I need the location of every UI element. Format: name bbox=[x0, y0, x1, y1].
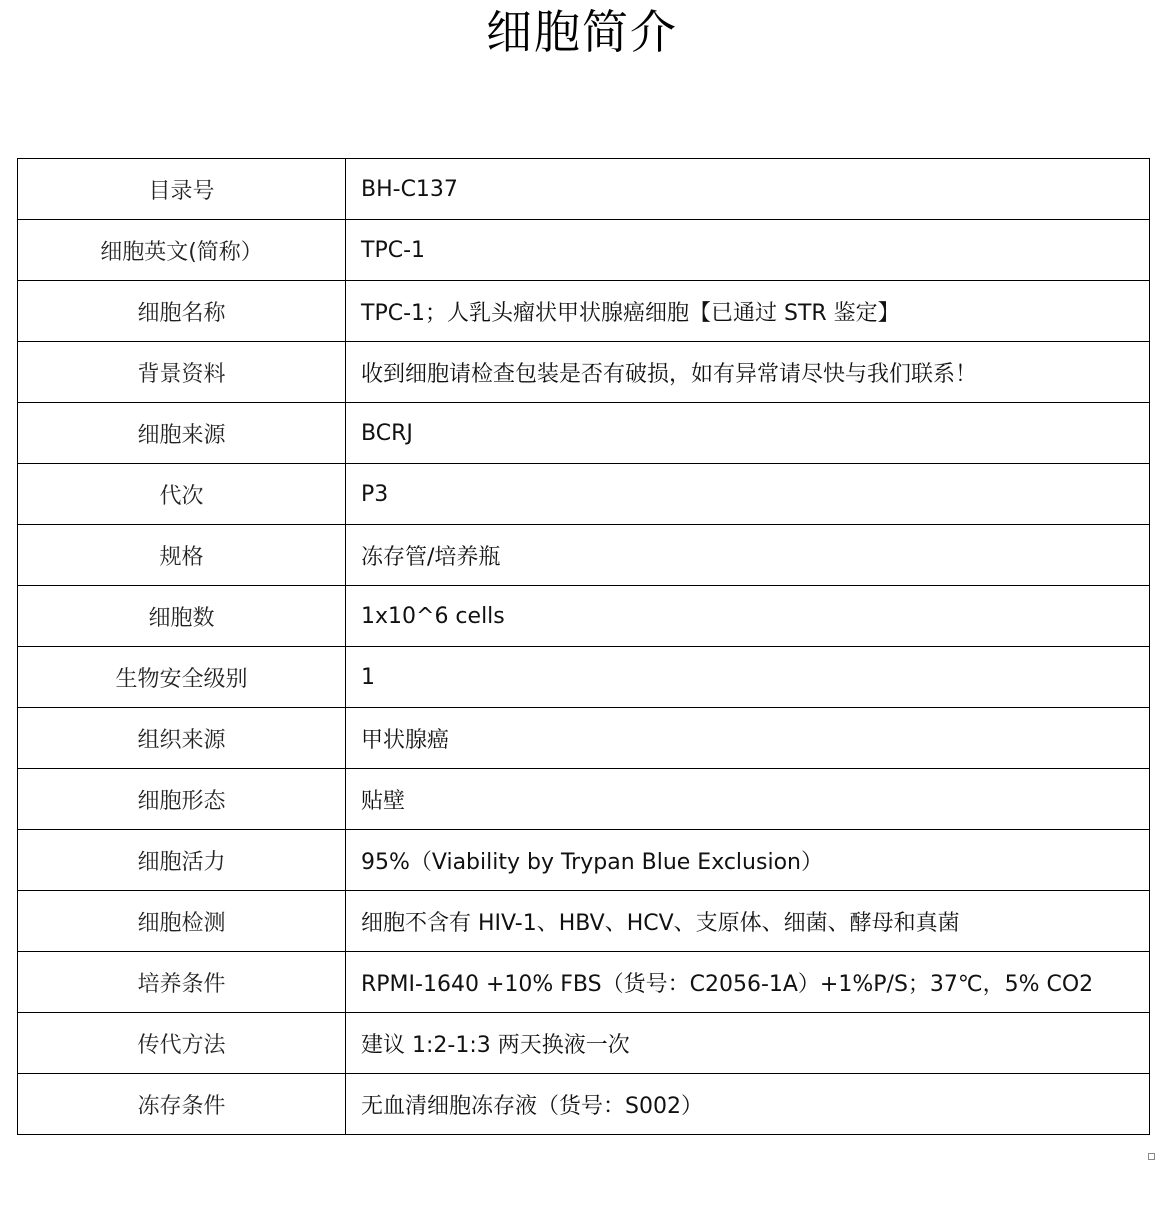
row-label: 组织来源 bbox=[18, 708, 346, 769]
row-value: BH-C137 bbox=[346, 159, 1150, 220]
row-label: 细胞数 bbox=[18, 586, 346, 647]
table-row-passage: 代次 P3 bbox=[18, 464, 1150, 525]
row-value: 95%（Viability by Trypan Blue Exclusion） bbox=[346, 830, 1150, 891]
row-label: 细胞检测 bbox=[18, 891, 346, 952]
table-row-culture-conditions: 培养条件 RPMI-1640 +10% FBS（货号：C2056-1A）+1%P… bbox=[18, 952, 1150, 1013]
table-row-catalog-number: 目录号 BH-C137 bbox=[18, 159, 1150, 220]
row-label: 细胞英文(简称） bbox=[18, 220, 346, 281]
document-title: 细胞简介 bbox=[0, 2, 1164, 62]
row-value: 1 bbox=[346, 647, 1150, 708]
row-label: 细胞活力 bbox=[18, 830, 346, 891]
row-value: BCRJ bbox=[346, 403, 1150, 464]
row-value: 甲状腺癌 bbox=[346, 708, 1150, 769]
row-label: 背景资料 bbox=[18, 342, 346, 403]
row-label: 冻存条件 bbox=[18, 1074, 346, 1135]
row-value: P3 bbox=[346, 464, 1150, 525]
table-row-cryopreservation: 冻存条件 无血清细胞冻存液（货号：S002） bbox=[18, 1074, 1150, 1135]
row-value: TPC-1；人乳头瘤状甲状腺癌细胞【已通过 STR 鉴定】 bbox=[346, 281, 1150, 342]
row-label: 传代方法 bbox=[18, 1013, 346, 1074]
table-row-cell-count: 细胞数 1x10^6 cells bbox=[18, 586, 1150, 647]
row-value: 1x10^6 cells bbox=[346, 586, 1150, 647]
row-label: 规格 bbox=[18, 525, 346, 586]
table-row-tissue-source: 组织来源 甲状腺癌 bbox=[18, 708, 1150, 769]
row-value: 细胞不含有 HIV-1、HBV、HCV、支原体、细菌、酵母和真菌 bbox=[346, 891, 1150, 952]
table-row-specification: 规格 冻存管/培养瓶 bbox=[18, 525, 1150, 586]
cell-info-table: 目录号 BH-C137 细胞英文(简称） TPC-1 细胞名称 TPC-1；人乳… bbox=[17, 158, 1150, 1135]
row-label: 细胞形态 bbox=[18, 769, 346, 830]
row-value: RPMI-1640 +10% FBS（货号：C2056-1A）+1%P/S；37… bbox=[346, 952, 1150, 1013]
table-row-viability: 细胞活力 95%（Viability by Trypan Blue Exclus… bbox=[18, 830, 1150, 891]
table-row-cell-testing: 细胞检测 细胞不含有 HIV-1、HBV、HCV、支原体、细菌、酵母和真菌 bbox=[18, 891, 1150, 952]
row-value: TPC-1 bbox=[346, 220, 1150, 281]
row-value: 收到细胞请检查包装是否有破损，如有异常请尽快与我们联系！ bbox=[346, 342, 1150, 403]
table-row-morphology: 细胞形态 贴壁 bbox=[18, 769, 1150, 830]
row-label: 细胞名称 bbox=[18, 281, 346, 342]
table-row-cell-name: 细胞名称 TPC-1；人乳头瘤状甲状腺癌细胞【已通过 STR 鉴定】 bbox=[18, 281, 1150, 342]
row-label: 代次 bbox=[18, 464, 346, 525]
row-value: 贴壁 bbox=[346, 769, 1150, 830]
row-label: 生物安全级别 bbox=[18, 647, 346, 708]
table-end-marker bbox=[1148, 1153, 1155, 1160]
table-row-passage-method: 传代方法 建议 1:2-1:3 两天换液一次 bbox=[18, 1013, 1150, 1074]
row-value: 冻存管/培养瓶 bbox=[346, 525, 1150, 586]
row-value: 建议 1:2-1:3 两天换液一次 bbox=[346, 1013, 1150, 1074]
table-row-background: 背景资料 收到细胞请检查包装是否有破损，如有异常请尽快与我们联系！ bbox=[18, 342, 1150, 403]
row-label: 目录号 bbox=[18, 159, 346, 220]
row-value: 无血清细胞冻存液（货号：S002） bbox=[346, 1074, 1150, 1135]
table-row-english-name: 细胞英文(简称） TPC-1 bbox=[18, 220, 1150, 281]
table-row-biosafety-level: 生物安全级别 1 bbox=[18, 647, 1150, 708]
table-row-cell-source: 细胞来源 BCRJ bbox=[18, 403, 1150, 464]
row-label: 细胞来源 bbox=[18, 403, 346, 464]
row-label: 培养条件 bbox=[18, 952, 346, 1013]
